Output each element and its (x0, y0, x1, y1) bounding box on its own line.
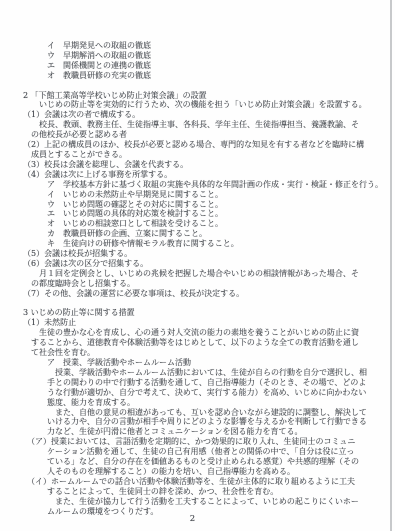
text-line: オ いじめの相談窓口として相談を受けること。 (23, 219, 395, 229)
text-line: ア 学校基本方針に基づく取組の実施や具体的な年間計画の作成・実行・検証・修正を行… (23, 180, 395, 190)
text-line: ケーション活動を通して、生徒の自己有用感（他者との関係の中で、「自分は役に立っ (23, 447, 395, 457)
text-line: キ 生徒向けの研修や情報モラル教育に関すること。 (23, 239, 395, 249)
page-edge-line (390, 0, 392, 531)
scanned-document-page: イ 早期発見への取組の徹底 ウ 早期解消への取組の徹底 エ 関係機関との連携の徹… (0, 0, 395, 531)
text-line: イ 早期発見への取組の徹底 (23, 41, 395, 51)
text-line: （1）未然防止 (23, 318, 395, 328)
text-line: 授業、学級活動やホームルーム活動においては、生徒が自らの行動を自分で選択し、相 (23, 368, 395, 378)
text-line: の他校長が必要と認める者 (23, 130, 395, 140)
text-line: の都度臨時会とし招集する。 (23, 279, 395, 289)
text-line: 力など、生徒が円滑に他者とコミュニケーションを図る能力を育てる。 (23, 427, 395, 437)
section-heading: 3 いじめの防止等に関する措置 (23, 308, 395, 318)
text-line: 人そのものを理解すること）の能力を培い、自己指導能力を高める。 (23, 467, 395, 477)
page-number: 2 (0, 514, 385, 524)
text-line: （2）上記の構成員のほか、校長が必要と認める場合、専門的な知見を有する者などを臨… (23, 140, 395, 150)
text-line: （イ）ホームルームでの話合い活動や体験活動等を、生徒が主体的に取り組めるように工… (23, 477, 395, 487)
text-line: ウ いじめ問題の確認とその対応に関すること。 (23, 200, 395, 210)
text-line: いける力や、自分の言動が相手や周りにどのような影響を与えるかを判断して行動できる (23, 417, 395, 427)
text-line: 月１回を定例会とし、いじめの兆候を把握した場合やいじめの相談情報があった場合、そ (23, 269, 395, 279)
text-line: ている」など、自分の存在を価値あるものと受け止められる感覚）や共感的理解（その (23, 457, 395, 467)
text-line: することから、道徳教育や体験活動等をはじめとして、以下のような全ての教育活動を通… (23, 338, 395, 348)
text-line: いじめの防止等を実効的に行うため、次の機能を担う「いじめ防止対策会議」を設置する… (23, 100, 395, 110)
text-line: 手との関わりの中で行動する活動を通して、自己指導能力（そのとき、その場で、どのよ (23, 378, 395, 388)
document-text-block: イ 早期発見への取組の徹底 ウ 早期解消への取組の徹底 エ 関係機関との連携の徹… (23, 41, 395, 517)
text-line: カ 教職員研修の企画、立案に関すること。 (23, 229, 395, 239)
text-line: （7）その他、会議の運営に必要な事項は、校長が決定する。 (23, 289, 395, 299)
text-line: て社会性を育む。 (23, 348, 395, 358)
text-line: することによって、生徒同士の絆を深め、かつ、社会性を育む。 (23, 487, 395, 497)
text-line: また、自他の意見の相違があっても、互いを認め合いながら建設的に調整し、解決して (23, 408, 395, 418)
text-line: （5）会議は校長が招集する。 (23, 249, 395, 259)
text-line: 生徒の豊かな心を育成し、心の通う対人交流の能力の素地を養うことがいじめの防止に資 (23, 328, 395, 338)
text-line: オ 教職員研修の充実の徹底 (23, 71, 395, 81)
text-line: ウ 早期解消への取組の徹底 (23, 51, 395, 61)
section-heading: 2 「下館工業高等学校いじめ防止対策会議」の設置 (23, 91, 395, 101)
text-line: （ア）授業においては、言語活動を定期的に、かつ効果的に取り入れ、生徒同士のコミュ… (23, 437, 395, 447)
text-line: イ いじめの未然防止や早期発見に関すること。 (23, 190, 395, 200)
text-line: （6）会議は次の区分で招集する。 (23, 259, 395, 269)
text-line: 校長、教頭、教務主任、生徒指導主事、各科長、学年主任、生徒指導担当、養護教諭、そ (23, 120, 395, 130)
text-line: エ 関係機関との連携の徹底 (23, 61, 395, 71)
blank-line (23, 299, 395, 309)
text-line: また、生徒が協力して行う活動を工夫することによって、いじめの起こりにくいホー (23, 497, 395, 507)
text-line: （1）会議は次の者で構成する。 (23, 110, 395, 120)
text-line: （3）校長は会議を総理し、会議を代表する。 (23, 160, 395, 170)
text-line: 成員とすることができる。 (23, 150, 395, 160)
text-line: 態度、能力を育成する。 (23, 398, 395, 408)
text-line: （4）会議は次に上げる事務を所掌する。 (23, 170, 395, 180)
blank-line (23, 81, 395, 91)
text-line: ア 授業、学級活動やホームルーム活動 (23, 358, 395, 368)
text-line: うな行動が適切か、自分で考えて、決めて、実行する能力）を高め、いじめに向かわない (23, 388, 395, 398)
text-line: エ いじめ問題の具体的対応策を検討すること。 (23, 209, 395, 219)
